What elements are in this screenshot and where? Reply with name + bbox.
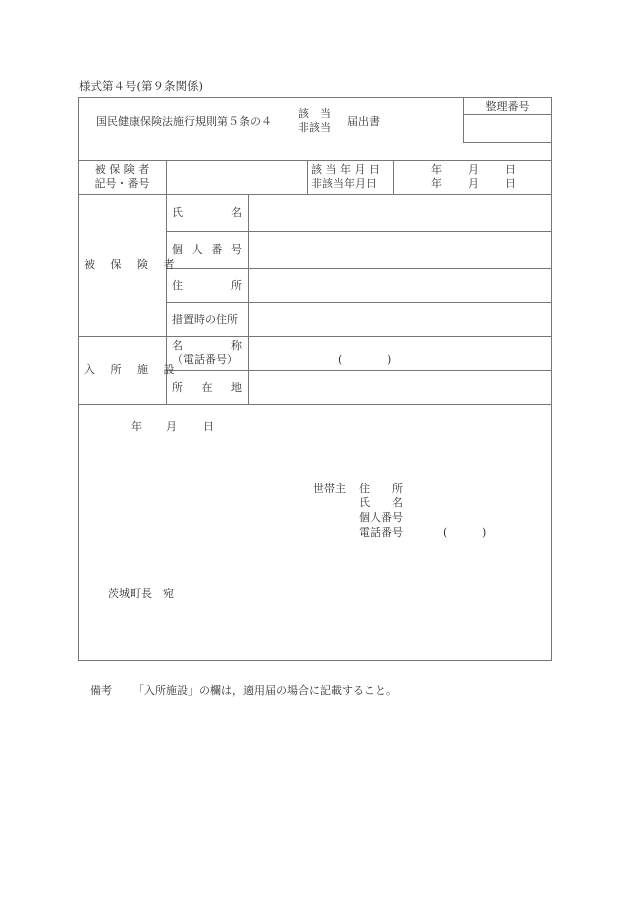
notice-title: 届出書 bbox=[347, 115, 380, 128]
facility-name-label: 名称 bbox=[172, 339, 242, 352]
remarks-text: 「入所施設」の欄は，適用届の場合に記載すること。 bbox=[133, 684, 397, 697]
applicable-date-month[interactable]: 月 bbox=[468, 163, 479, 176]
insured-personal-number-field[interactable] bbox=[249, 232, 551, 268]
applicable-date-year[interactable]: 年 bbox=[431, 163, 442, 176]
householder-phone-label: 電話番号 bbox=[359, 526, 403, 539]
householder-label: 世帯主 bbox=[313, 482, 346, 495]
status-option-applicable[interactable]: 該 当 bbox=[298, 107, 331, 120]
placement-address-field[interactable] bbox=[249, 303, 551, 336]
insured-id-field[interactable] bbox=[167, 161, 307, 194]
householder-entry-area[interactable] bbox=[420, 481, 545, 539]
householder-name-label: 氏 名 bbox=[359, 496, 403, 509]
not-applicable-date-day[interactable]: 日 bbox=[505, 177, 516, 190]
not-applicable-date-year[interactable]: 年 bbox=[431, 177, 442, 190]
divider bbox=[78, 160, 552, 161]
reference-number-field[interactable] bbox=[464, 115, 551, 142]
regulation-title: 国民健康保険法施行規則第５条の４ bbox=[96, 115, 272, 128]
facility-name-field[interactable] bbox=[249, 337, 551, 370]
status-option-not-applicable[interactable]: 非該当 bbox=[298, 121, 331, 134]
personal-number-label: 個人番号 bbox=[172, 243, 242, 256]
form-caption: 様式第４号(第９条関係) bbox=[79, 80, 203, 93]
insured-id-label-line1: 被 保 険 者 bbox=[78, 163, 166, 176]
insured-address-field[interactable] bbox=[249, 269, 551, 302]
address-label: 住所 bbox=[172, 279, 242, 292]
submission-date-day[interactable]: 日 bbox=[203, 420, 214, 433]
reference-number-label: 整理番号 bbox=[463, 100, 552, 113]
facility-section-label: 入 所 施 設 bbox=[84, 363, 160, 376]
facility-location-field[interactable] bbox=[249, 371, 551, 404]
insured-id-label-line2: 記号・番号 bbox=[78, 177, 166, 190]
householder-personal-number-label: 個人番号 bbox=[359, 511, 403, 524]
insured-section-label: 被 保 険 者 bbox=[84, 258, 160, 271]
submission-date-month[interactable]: 月 bbox=[166, 420, 177, 433]
facility-phone-paren-close: ) bbox=[387, 353, 391, 366]
facility-phone-label: （電話番号） bbox=[172, 353, 244, 366]
submission-date-year[interactable]: 年 bbox=[131, 420, 142, 433]
name-label: 氏名 bbox=[172, 206, 242, 219]
applicable-date-label: 該 当 年 月 日 bbox=[311, 163, 389, 176]
not-applicable-date-label: 非該当年月日 bbox=[311, 177, 389, 190]
facility-phone-paren-open: ( bbox=[338, 353, 342, 366]
divider bbox=[393, 160, 394, 194]
addressee: 茨城町長 宛 bbox=[108, 587, 174, 600]
ref-box-bottom-border bbox=[463, 142, 552, 143]
householder-address-label: 住 所 bbox=[359, 482, 403, 495]
facility-location-label: 所在地 bbox=[172, 381, 242, 394]
divider bbox=[307, 160, 308, 194]
divider bbox=[78, 404, 552, 405]
remarks-label: 備考 bbox=[90, 684, 112, 697]
applicable-date-day[interactable]: 日 bbox=[505, 163, 516, 176]
not-applicable-date-month[interactable]: 月 bbox=[468, 177, 479, 190]
placement-address-label: 措置時の住所 bbox=[172, 313, 244, 326]
insured-name-field[interactable] bbox=[249, 195, 551, 231]
